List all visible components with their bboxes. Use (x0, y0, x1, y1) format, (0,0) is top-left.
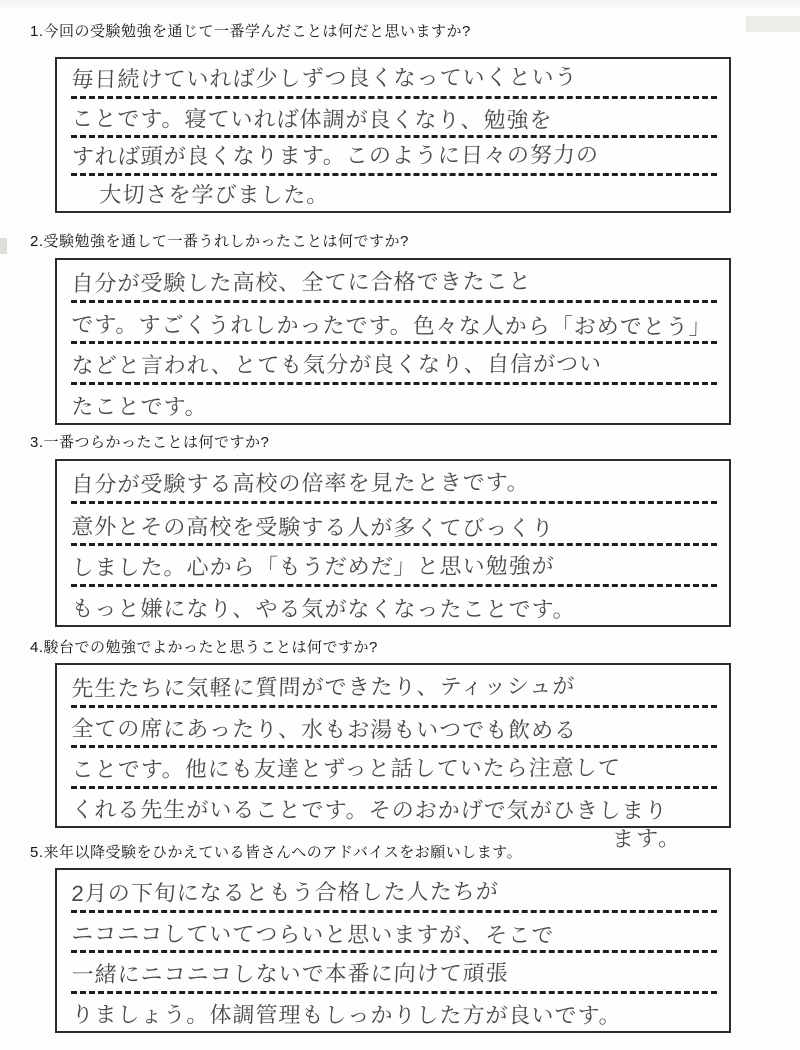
handwritten-text: すれば頭が良くなります。このように日々の努力の (71, 138, 600, 173)
handwritten-text: しました。心から「もうだめだ」と思い勉強が (71, 549, 555, 584)
answer-line: りましょう。体調管理もしっかりした方が良いです。 (71, 994, 717, 1032)
answer-line: 大切さを学びました。 (71, 176, 717, 211)
answer-box-5: 2月の下旬になるともう合格した人たちが ニコニコしていてつらいと思いますが、そこ… (55, 868, 731, 1033)
scan-artifact (0, 238, 7, 254)
handwritten-text: ことです。他にも友達とずっと話していたら注意して (71, 751, 621, 786)
answer-line: ことです。寝ていれば体調が良くなり、勉強を (71, 99, 717, 137)
answer-box-2: 自分が受験した高校、全てに合格できたこと です。すごくうれしかったです。色々な人… (55, 258, 731, 425)
handwritten-text: くれる先生がいることです。そのおかげで気がひきしまり (71, 793, 668, 827)
answer-line: 全ての席にあったり、水もお湯もいつでも飲める (71, 708, 717, 749)
handwritten-text: 先生たちに気軽に質問ができたり、ティッシュが (71, 669, 576, 705)
question-5-label: 5.来年以降受験をひかえている皆さんへのアドバイスをお願いします。 (30, 841, 522, 862)
answer-line: 自分が受験した高校、全てに合格できたこと (71, 262, 717, 303)
handwritten-text: です。すごくうれしかったです。色々な人から「おめでとう」 (71, 308, 712, 343)
answer-line: もっと嫌になり、やる気がなくなったことです。 (71, 587, 717, 625)
answer-line: 先生たちに気軽に質問ができたり、ティッシュが (71, 667, 717, 708)
handwritten-text: ニコニコしていてつらいと思いますが、そこで (71, 917, 555, 952)
answer-line: すれば頭が良くなります。このように日々の努力の (71, 138, 717, 176)
answer-line: です。すごくうれしかったです。色々な人から「おめでとう」 (71, 303, 717, 344)
answer-line: ニコニコしていてつらいと思いますが、そこで (71, 913, 717, 954)
answer-line: 毎日続けていれば少しずつ良くなっていくという (71, 61, 717, 99)
handwritten-text: りましょう。体調管理もしっかりした方が良いです。 (71, 998, 622, 1032)
answer-line: くれる先生がいることです。そのおかげで気がひきしまり (71, 789, 717, 827)
handwritten-overflow-text: ます。 (611, 821, 682, 853)
question-4-label: 4.駿台での勉強でよかったと思うことは何ですか? (30, 636, 378, 657)
answer-box-3: 自分が受験する高校の倍率を見たときです。 意外とその高校を受験する人が多くてびっ… (55, 459, 731, 627)
handwritten-text: 自分が受験する高校の倍率を見たときです。 (71, 466, 530, 501)
handwritten-text: 一緒にニコニコしないで本番に向けて頑張 (71, 956, 509, 991)
answer-line: しました。心から「もうだめだ」と思い勉強が (71, 546, 717, 587)
scan-artifact (0, 0, 800, 10)
handwritten-text: 全ての席にあったり、水もお湯もいつでも飲める (71, 712, 577, 747)
scanned-questionnaire-page: 1.今回の受験勉強を通じて一番学んだことは何だと思いますか? 毎日続けていれば少… (0, 0, 800, 1050)
answer-line: 意外とその高校を受験する人が多くてびっくり (71, 504, 717, 545)
handwritten-text: 大切さを学びました。 (71, 178, 330, 211)
answer-line: 一緒にニコニコしないで本番に向けて頑張 (71, 953, 717, 994)
answer-line: 2月の下旬になるともう合格した人たちが (71, 872, 717, 913)
answer-line: 自分が受験する高校の倍率を見たときです。 (71, 463, 717, 504)
question-1-label: 1.今回の受験勉強を通じて一番学んだことは何だと思いますか? (30, 20, 471, 41)
answer-line: などと言われ、とても気分が良くなり、自信がつい (71, 344, 717, 385)
handwritten-text: 意外とその高校を受験する人が多くてびっくり (71, 510, 555, 545)
handwritten-text: もっと嫌になり、やる気がなくなったことです。 (71, 592, 576, 626)
handwritten-text: 2月の下旬になるともう合格した人たちが (71, 874, 499, 909)
answer-box-1: 毎日続けていれば少しずつ良くなっていくという ことです。寝ていれば体調が良くなり… (55, 57, 731, 213)
handwritten-text: ことです。寝ていれば体調が良くなり、勉強を (71, 102, 553, 137)
answer-box-4: 先生たちに気軽に質問ができたり、ティッシュが 全ての席にあったり、水もお湯もいつ… (55, 663, 731, 828)
question-2-label: 2.受験勉強を通して一番うれしかったことは何ですか? (30, 230, 409, 251)
answer-line: たことです。 (71, 385, 717, 423)
answer-line: ことです。他にも友達とずっと話していたら注意して (71, 748, 717, 789)
handwritten-text: などと言われ、とても気分が良くなり、自信がつい (71, 347, 603, 382)
scan-artifact (746, 16, 800, 32)
handwritten-text: 自分が受験した高校、全てに合格できたこと (71, 265, 532, 300)
handwritten-text: たことです。 (71, 390, 208, 423)
question-3-label: 3.一番つらかったことは何ですか? (30, 431, 269, 452)
handwritten-text: 毎日続けていれば少しずつ良くなっていくという (71, 61, 578, 97)
